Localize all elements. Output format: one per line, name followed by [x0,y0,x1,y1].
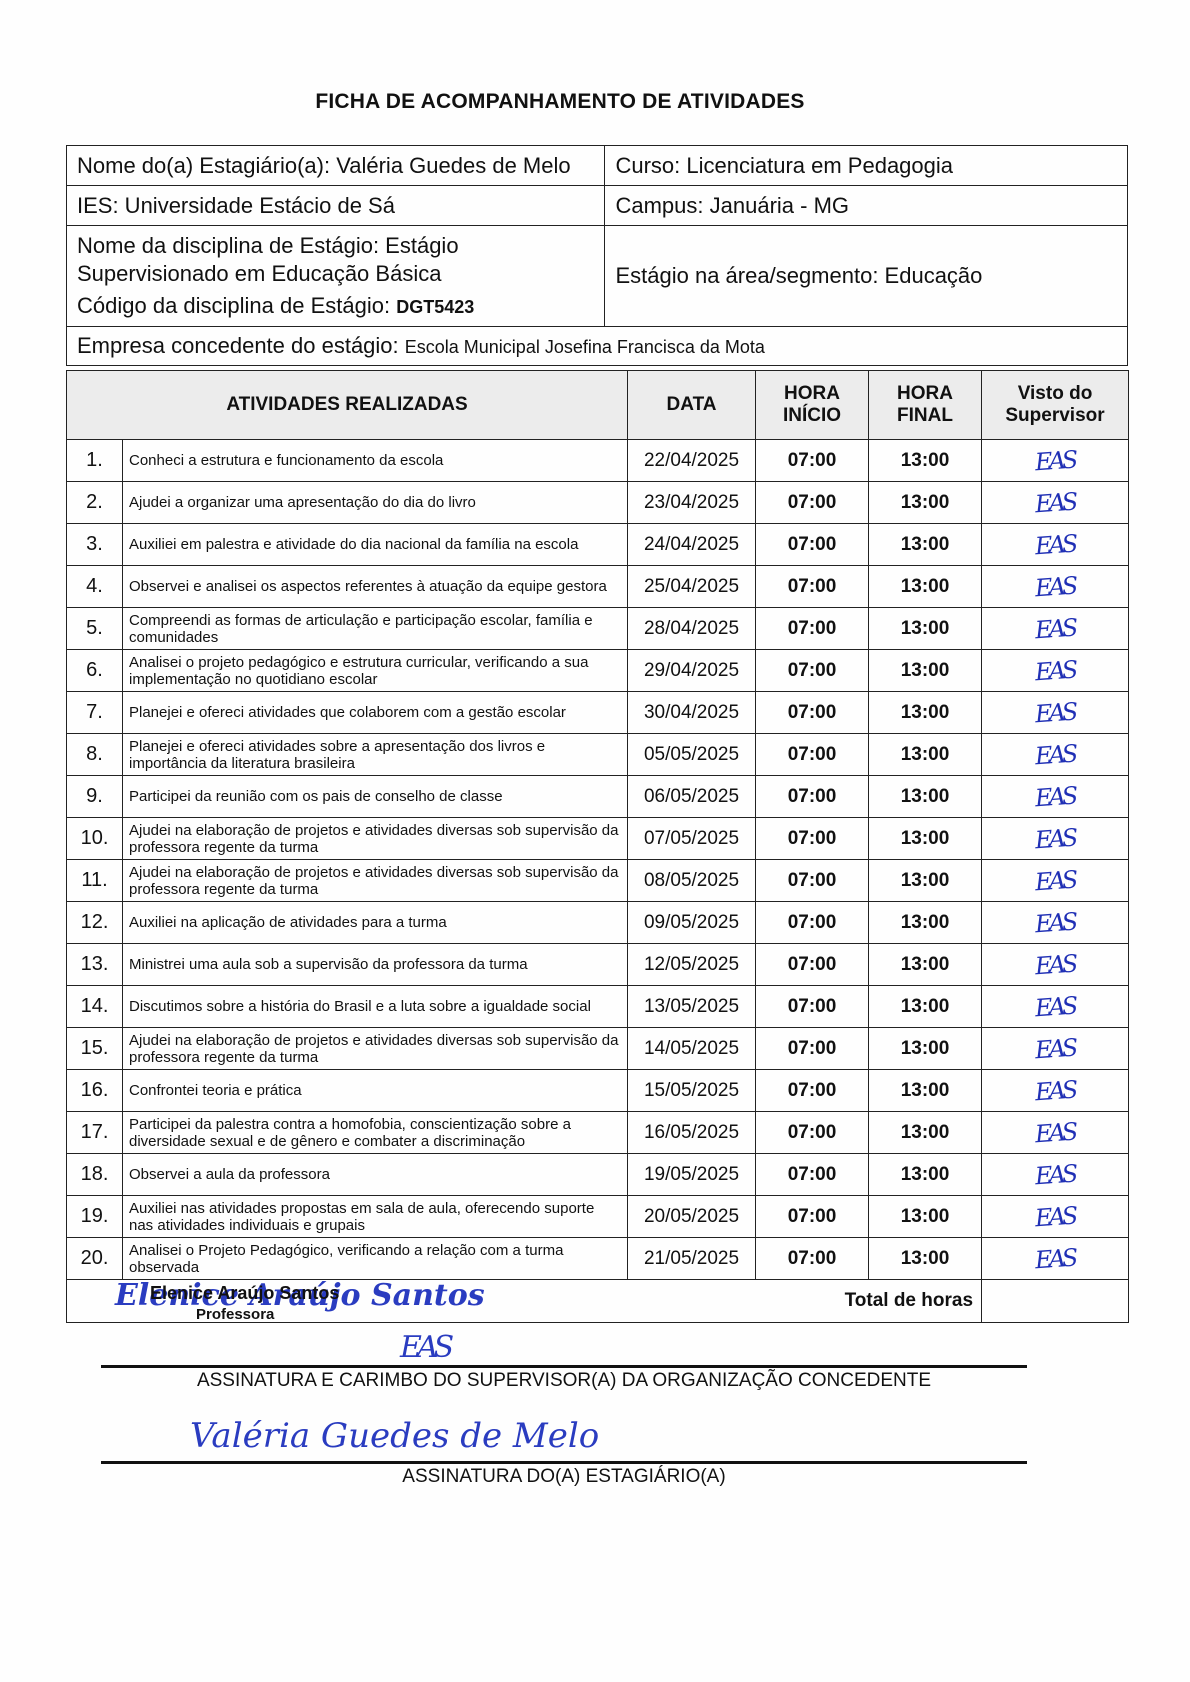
activity-end-time: 13:00 [869,608,982,650]
initials-signature-icon: EAS [1034,571,1075,602]
activity-description: Analisei o projeto pedagógico e estrutur… [123,650,628,692]
activity-end-time: 13:00 [869,1196,982,1238]
activity-number: 16. [67,1070,123,1112]
initials-signature-icon: EAS [1034,1243,1075,1274]
supervisor-initials: EAS [982,1196,1129,1238]
activity-end-time: 13:00 [869,734,982,776]
campus-field: Campus: Januária - MG [605,186,1128,226]
activity-description: Ministrei uma aula sob a supervisão da p… [123,944,628,986]
activity-date: 21/05/2025 [628,1238,756,1280]
activity-number: 3. [67,524,123,566]
activity-description: Auxiliei na aplicação de atividades para… [123,902,628,944]
activity-start-time: 07:00 [756,566,869,608]
activity-number: 14. [67,986,123,1028]
supervisor-initials: EAS [982,1238,1129,1280]
intern-signature: Valéria Guedes de Melo [190,1416,599,1456]
activity-row: 11.Ajudei na elaboração de projetos e at… [67,860,1129,902]
header-activities: ATIVIDADES REALIZADAS [67,371,628,440]
header-supervisor-check: Visto doSupervisor [982,371,1129,440]
activity-date: 29/04/2025 [628,650,756,692]
activity-row: 20.Analisei o Projeto Pedagógico, verifi… [67,1238,1129,1280]
supervisor-initials: EAS [982,1154,1129,1196]
activity-number: 7. [67,692,123,734]
supervisor-initials: EAS [982,440,1129,482]
activity-start-time: 07:00 [756,734,869,776]
activities-header-row: ATIVIDADES REALIZADAS DATA HORAINÍCIO HO… [67,371,1129,440]
supervisor-initials: EAS [982,1070,1129,1112]
activity-date: 30/04/2025 [628,692,756,734]
discipline-code-line: Código da disciplina de Estágio: DGT5423 [77,292,594,321]
initials-signature-icon: EAS [1034,991,1075,1022]
activity-end-time: 13:00 [869,650,982,692]
supervisor-initials: EAS [982,650,1129,692]
activity-row: 16.Confrontei teoria e prática15/05/2025… [67,1070,1129,1112]
activity-number: 9. [67,776,123,818]
activity-description: Analisei o Projeto Pedagógico, verifican… [123,1238,628,1280]
activity-start-time: 07:00 [756,860,869,902]
activity-start-time: 07:00 [756,1196,869,1238]
activity-date: 09/05/2025 [628,902,756,944]
supervisor-initials: EAS [982,482,1129,524]
activity-number: 12. [67,902,123,944]
activity-start-time: 07:00 [756,482,869,524]
activity-row: 12.Auxiliei na aplicação de atividades p… [67,902,1129,944]
activity-start-time: 07:00 [756,608,869,650]
activity-description: Discutimos sobre a história do Brasil e … [123,986,628,1028]
activity-date: 19/05/2025 [628,1154,756,1196]
intern-name-field: Nome do(a) Estagiário(a): Valéria Guedes… [67,146,605,186]
activity-number: 11. [67,860,123,902]
activity-start-time: 07:00 [756,650,869,692]
initials-signature-icon: EAS [1034,1117,1075,1148]
company-field: Empresa concedente do estágio: Escola Mu… [67,327,1128,366]
supervisor-initials: EAS [982,1028,1129,1070]
discipline-code-label: Código da disciplina de Estágio: [77,293,396,318]
intern-signature-caption: ASSINATURA DO(A) ESTAGIÁRIO(A) [101,1466,1027,1488]
activity-start-time: 07:00 [756,986,869,1028]
activity-start-time: 07:00 [756,1070,869,1112]
activity-number: 17. [67,1112,123,1154]
activity-date: 24/04/2025 [628,524,756,566]
activity-description: Ajudei a organizar uma apresentação do d… [123,482,628,524]
activity-row: 1.Conheci a estrutura e funcionamento da… [67,440,1129,482]
activity-number: 19. [67,1196,123,1238]
activity-end-time: 13:00 [869,1028,982,1070]
activity-row: 9.Participei da reunião com os pais de c… [67,776,1129,818]
area-segment-field: Estágio na área/segmento: Educação [605,226,1128,327]
activity-end-time: 13:00 [869,1238,982,1280]
activity-date: 16/05/2025 [628,1112,756,1154]
intern-signature-line [101,1461,1027,1464]
total-hours-label: Total de horas [845,1290,973,1311]
supervisor-initials: EAS [982,608,1129,650]
course-field: Curso: Licenciatura em Pedagogia [605,146,1128,186]
activity-row: 17.Participei da palestra contra a homof… [67,1112,1129,1154]
initials-signature-icon: EAS [1034,697,1075,728]
activity-description: Observei e analisei os aspectos referent… [123,566,628,608]
activity-row: 3.Auxiliei em palestra e atividade do di… [67,524,1129,566]
activity-date: 22/04/2025 [628,440,756,482]
initials-signature-icon: EAS [1034,907,1075,938]
activity-start-time: 07:00 [756,692,869,734]
activity-number: 15. [67,1028,123,1070]
activity-date: 05/05/2025 [628,734,756,776]
professora-stamp-role: Professora [196,1306,274,1323]
supervisor-signature-line [101,1365,1027,1368]
activity-description: Planejei e ofereci atividades sobre a ap… [123,734,628,776]
activity-end-time: 13:00 [869,1070,982,1112]
activity-end-time: 13:00 [869,986,982,1028]
activity-end-time: 13:00 [869,776,982,818]
activity-date: 25/04/2025 [628,566,756,608]
discipline-code-value: DGT5423 [396,297,474,317]
activity-date: 07/05/2025 [628,818,756,860]
activity-start-time: 07:00 [756,1238,869,1280]
header-date: DATA [628,371,756,440]
supervisor-initials: EAS [982,986,1129,1028]
supervisor-initials: EAS [982,776,1129,818]
activity-end-time: 13:00 [869,566,982,608]
activity-description: Planejei e ofereci atividades que colabo… [123,692,628,734]
activity-row: 6.Analisei o projeto pedagógico e estrut… [67,650,1129,692]
activity-description: Compreendi as formas de articulação e pa… [123,608,628,650]
activity-description: Confrontei teoria e prática [123,1070,628,1112]
activity-date: 20/05/2025 [628,1196,756,1238]
activity-date: 06/05/2025 [628,776,756,818]
activity-number: 18. [67,1154,123,1196]
professora-stamp-name: Elenice Araújo Santos [150,1283,339,1304]
activity-end-time: 13:00 [869,440,982,482]
initials-signature-icon: EAS [1034,865,1075,896]
activity-description: Auxiliei nas atividades propostas em sal… [123,1196,628,1238]
activity-description: Ajudei na elaboração de projetos e ativi… [123,818,628,860]
activity-end-time: 13:00 [869,1112,982,1154]
activity-number: 8. [67,734,123,776]
activity-description: Auxiliei em palestra e atividade do dia … [123,524,628,566]
supervisor-initials: EAS [982,1112,1129,1154]
supervisor-initials: EAS [982,734,1129,776]
activity-start-time: 07:00 [756,1028,869,1070]
initials-signature-icon: EAS [1034,529,1075,560]
activity-date: 08/05/2025 [628,860,756,902]
activity-start-time: 07:00 [756,902,869,944]
activity-row: 15.Ajudei na elaboração de projetos e at… [67,1028,1129,1070]
activity-date: 12/05/2025 [628,944,756,986]
initials-signature-icon: EAS [1034,949,1075,980]
discipline-name-line2: Supervisionado em Educação Básica [77,260,594,288]
initials-signature-icon: EAS [1034,487,1075,518]
activity-row: 4.Observei e analisei os aspectos refere… [67,566,1129,608]
activity-number: 6. [67,650,123,692]
activity-description: Ajudei na elaboração de projetos e ativi… [123,860,628,902]
activity-number: 5. [67,608,123,650]
activity-start-time: 07:00 [756,1154,869,1196]
activity-row: 19.Auxiliei nas atividades propostas em … [67,1196,1129,1238]
activity-end-time: 13:00 [869,902,982,944]
initials-signature-icon: EAS [1034,781,1075,812]
activity-description: Participei da palestra contra a homofobi… [123,1112,628,1154]
activity-start-time: 07:00 [756,944,869,986]
activity-end-time: 13:00 [869,944,982,986]
initials-signature-icon: EAS [1034,1159,1075,1190]
supervisor-initials: EAS [982,902,1129,944]
activity-date: 23/04/2025 [628,482,756,524]
initials-signature-icon: EAS [1034,613,1075,644]
supervisor-initials: EAS [982,944,1129,986]
activity-end-time: 13:00 [869,860,982,902]
activity-start-time: 07:00 [756,818,869,860]
activity-end-time: 13:00 [869,818,982,860]
activity-row: 13.Ministrei uma aula sob a supervisão d… [67,944,1129,986]
supervisor-initials: EAS [982,818,1129,860]
initials-signature-icon: EAS [1034,1201,1075,1232]
header-end-time: HORAFINAL [869,371,982,440]
supervisor-initials: EAS [982,860,1129,902]
discipline-name-line1: Nome da disciplina de Estágio: Estágio [77,232,594,260]
discipline-field: Nome da disciplina de Estágio: Estágio S… [67,226,605,327]
activity-number: 13. [67,944,123,986]
total-hours-value [982,1280,1129,1323]
activity-row: 5.Compreendi as formas de articulação e … [67,608,1129,650]
supervisor-initials: EAS [982,524,1129,566]
activity-date: 28/04/2025 [628,608,756,650]
activity-end-time: 13:00 [869,482,982,524]
initials-signature-icon: EAS [1034,655,1075,686]
activity-number: 20. [67,1238,123,1280]
initials-signature-icon: EAS [1034,1033,1075,1064]
activity-row: 18.Observei a aula da professora19/05/20… [67,1154,1129,1196]
initials-signature-icon: EAS [1034,1075,1075,1106]
activity-date: 14/05/2025 [628,1028,756,1070]
supervisor-signature-caption: ASSINATURA E CARIMBO DO SUPERVISOR(A) DA… [101,1370,1027,1392]
initials-signature-icon: EAS [1034,739,1075,770]
activity-start-time: 07:00 [756,1112,869,1154]
activity-number: 1. [67,440,123,482]
activity-number: 10. [67,818,123,860]
activity-date: 15/05/2025 [628,1070,756,1112]
header-start-time: HORAINÍCIO [756,371,869,440]
company-label: Empresa concedente do estágio: [77,333,405,358]
activities-table: ATIVIDADES REALIZADAS DATA HORAINÍCIO HO… [66,370,1129,1323]
intern-info-table: Nome do(a) Estagiário(a): Valéria Guedes… [66,145,1128,366]
initials-signature-icon: EAS [1034,823,1075,854]
company-value: Escola Municipal Josefina Francisca da M… [405,337,765,357]
supervisor-initials: EAS [982,692,1129,734]
activity-date: 13/05/2025 [628,986,756,1028]
supervisor-initials: EAS [982,566,1129,608]
activity-start-time: 07:00 [756,776,869,818]
activity-row: 8.Planejei e ofereci atividades sobre a … [67,734,1129,776]
supervisor-signature: EAS [400,1330,449,1365]
activity-row: 10.Ajudei na elaboração de projetos e at… [67,818,1129,860]
activity-end-time: 13:00 [869,1154,982,1196]
initials-signature-icon: EAS [1034,445,1075,476]
activity-end-time: 13:00 [869,692,982,734]
document-title: FICHA DE ACOMPANHAMENTO DE ATIVIDADES [0,90,1120,114]
activity-start-time: 07:00 [756,524,869,566]
activity-description: Ajudei na elaboração de projetos e ativi… [123,1028,628,1070]
activity-start-time: 07:00 [756,440,869,482]
activity-row: 14.Discutimos sobre a história do Brasil… [67,986,1129,1028]
activity-row: 2.Ajudei a organizar uma apresentação do… [67,482,1129,524]
activity-description: Observei a aula da professora [123,1154,628,1196]
activity-row: 7.Planejei e ofereci atividades que cola… [67,692,1129,734]
activity-number: 4. [67,566,123,608]
activity-description: Conheci a estrutura e funcionamento da e… [123,440,628,482]
institution-field: IES: Universidade Estácio de Sá [67,186,605,226]
activity-description: Participei da reunião com os pais de con… [123,776,628,818]
activity-number: 2. [67,482,123,524]
activity-end-time: 13:00 [869,524,982,566]
